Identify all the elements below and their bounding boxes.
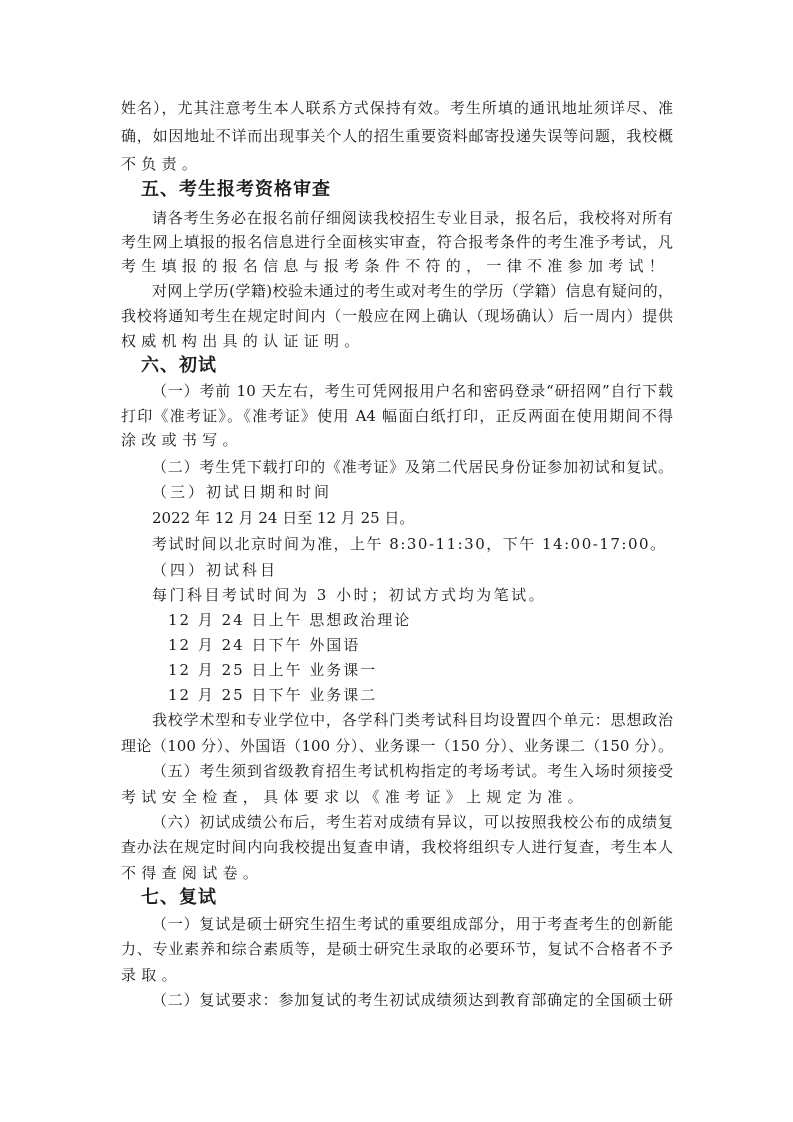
paragraph-line: （一）考前 10 天左右，考生可凭网报用户名和密码登录“研招网”自行下载 (152, 380, 673, 402)
paragraph-line: （六）初试成绩公布后，考生若对成绩有异议，可以按照我校公布的成绩复 (152, 811, 673, 833)
paragraph-line: （二）复试要求：参加复试的考生初试成绩须达到教育部确定的全国硕士研 (152, 989, 673, 1011)
paragraph-line: （五）考生须到省级教育招生考试机构指定的考场考试。考生入场时须接受 (152, 760, 673, 782)
paragraph-line: 不得查阅试卷。 (121, 862, 673, 884)
paragraph-line: 涂改或书写。 (121, 429, 673, 451)
document-page: 姓名），尤其注意考生本人联系方式保持有效。考生所填的通讯地址须详尽、准 确，如因… (0, 0, 793, 1122)
paragraph-line: （四）初试科目 (152, 559, 673, 581)
paragraph-line: 姓名），尤其注意考生本人联系方式保持有效。考生所填的通讯地址须详尽、准 (121, 97, 673, 119)
paragraph-line: 考试时间以北京时间为准，上午 8:30-11:30，下午 14:00-17:00… (152, 533, 673, 555)
paragraph-line: 打印《准考证》。《准考证》使用 A4 幅面白纸打印，正反两面在使用期间不得 (121, 405, 673, 427)
paragraph-line: 确，如因地址不详而出现事关个人的招生重要资料邮寄投递失误等问题，我校概 (121, 125, 673, 147)
schedule-item: 12 月 25 日下午 业务课二 (168, 684, 720, 706)
schedule-item: 12 月 24 日上午 思想政治理论 (168, 609, 720, 631)
schedule-item: 12 月 24 日下午 外国语 (168, 634, 720, 656)
paragraph-line: 2022 年 12 月 24 日至 12 月 25 日。 (152, 507, 673, 529)
paragraph-line: 我校学术型和专业学位中，各学科门类考试科目均设置四个单元：思想政治 (152, 709, 673, 731)
section-heading-7: 七、复试 (141, 886, 217, 910)
paragraph-line: 对网上学历(学籍)校验未通过的考生或对考生的学历（学籍）信息有疑问的， (152, 280, 673, 302)
paragraph-line: 力、专业素养和综合素质等，是硕士研究生录取的必要环节，复试不合格者不予 (121, 938, 673, 960)
paragraph-line: （三）初试日期和时间 (152, 481, 673, 503)
paragraph-line: 考生网上填报的报名信息进行全面核实审查，符合报考条件的考生准予考试，凡 (121, 231, 673, 253)
paragraph-line: 我校将通知考生在规定时间内（一般应在网上确认（现场确认）后一周内）提供 (121, 305, 673, 327)
paragraph-line: 理论（100 分）、外国语（100 分）、业务课一（150 分）、业务课二（15… (121, 735, 673, 757)
schedule-item: 12 月 25 日上午 业务课一 (168, 659, 720, 681)
paragraph-line: 不负责。 (121, 153, 673, 175)
paragraph-line: 请各考生务必在报名前仔细阅读我校招生专业目录，报名后，我校将对所有 (152, 207, 673, 229)
paragraph-line: 权威机构出具的认证证明。 (121, 330, 673, 352)
section-heading-5: 五、考生报考资格审查 (141, 178, 331, 202)
paragraph-line: 录取。 (121, 964, 673, 986)
paragraph-line: 每门科目考试时间为 3 小时；初试方式均为笔试。 (152, 584, 673, 606)
paragraph-line: 考试安全检查，具体要求以《准考证》上规定为准。 (121, 786, 673, 808)
paragraph-line: 查办法在规定时间内向我校提出复查申请，我校将组织专人进行复查，考生本人 (121, 836, 673, 858)
section-heading-6: 六、初试 (141, 354, 217, 378)
paragraph-line: （二）考生凭下载打印的《准考证》及第二代居民身份证参加初试和复试。 (152, 456, 673, 478)
paragraph-line: （一）复试是硕士研究生招生考试的重要组成部分，用于考查考生的创新能 (152, 913, 673, 935)
paragraph-line: 考生填报的报名信息与报考条件不符的，一律不准参加考试！ (121, 255, 673, 277)
